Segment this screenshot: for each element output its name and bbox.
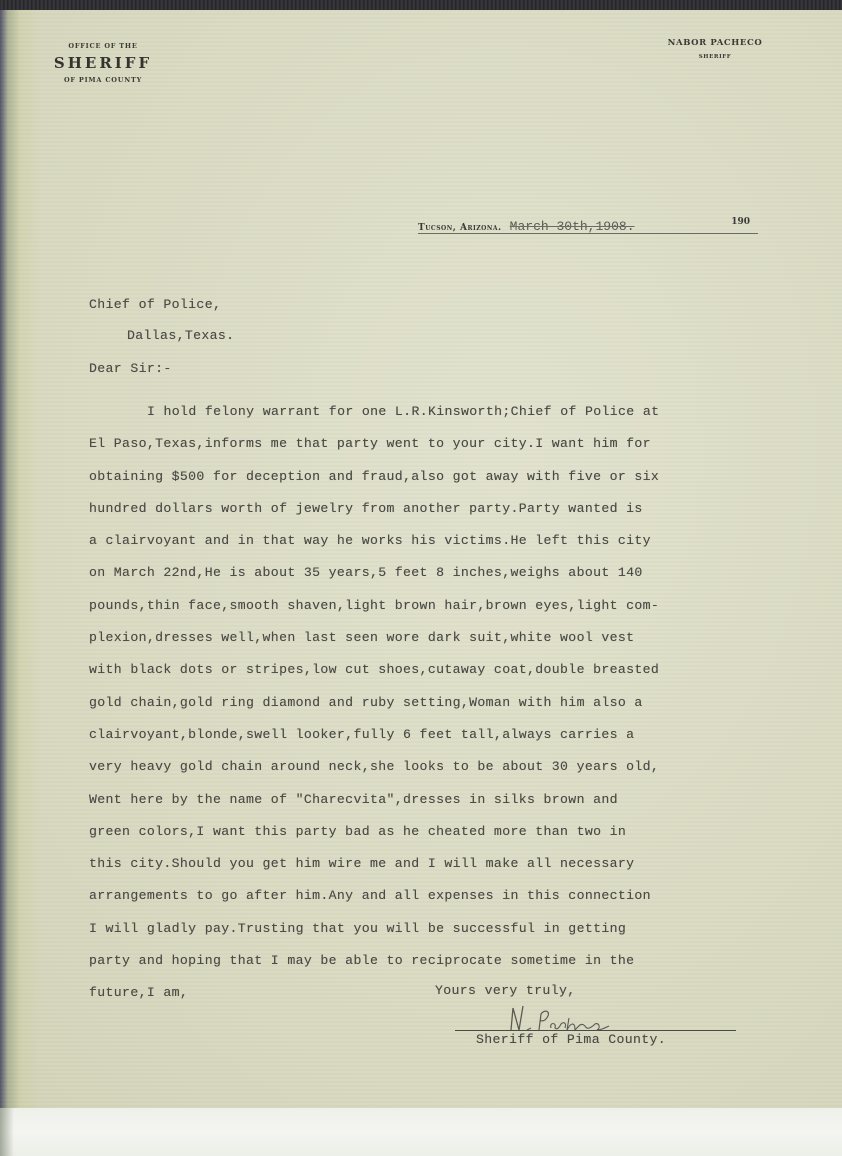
letterhead-office-line1: OFFICE OF THE	[28, 42, 178, 50]
body-line: arrangements to go after him.Any and all…	[89, 880, 659, 912]
addressee-location: Dallas,Texas.	[127, 328, 234, 343]
letterhead-county: OF PIMA COUNTY	[28, 76, 178, 84]
salutation: Dear Sir:-	[89, 361, 172, 376]
dateline-place: Tucson, Arizona.	[418, 223, 502, 233]
body-line: this city.Should you get him wire me and…	[89, 848, 659, 880]
letterhead-sheriff-name: NABOR PACHECO	[650, 38, 780, 48]
body-line: clairvoyant,blonde,swell looker,fully 6 …	[89, 719, 659, 751]
letterhead-sheriff-role: SHERIFF	[650, 54, 780, 60]
body-line: El Paso,Texas,informs me that party went…	[89, 428, 659, 460]
body-line: hundred dollars worth of jewelry from an…	[89, 493, 659, 525]
body-line: I will gladly pay.Trusting that you will…	[89, 913, 659, 945]
addressee-title: Chief of Police,	[89, 297, 221, 312]
body-line: with black dots or stripes,low cut shoes…	[89, 654, 659, 686]
body-line: pounds,thin face,smooth shaven,light bro…	[89, 590, 659, 622]
body-line: party and hoping that I may be able to r…	[89, 945, 659, 977]
body-line: green colors,I want this party bad as he…	[89, 816, 659, 848]
signature-line	[455, 1030, 736, 1031]
body-line: on March 22nd,He is about 35 years,5 fee…	[89, 557, 659, 589]
body-line: I hold felony warrant for one L.R.Kinswo…	[89, 396, 659, 428]
body-line: plexion,dresses well,when last seen wore…	[89, 622, 659, 654]
closing: Yours very truly,	[435, 983, 575, 998]
letterhead-office: OFFICE OF THE SHERIFF OF PIMA COUNTY	[28, 42, 178, 84]
body-line: gold chain,gold ring diamond and ruby se…	[89, 687, 659, 719]
body-line: obtaining $500 for deception and fraud,a…	[89, 461, 659, 493]
dateline-year-prefix: 190	[731, 217, 750, 227]
letterhead-sheriff-name-block: NABOR PACHECO SHERIFF	[650, 38, 780, 60]
body-line: a clairvoyant and in that way he works h…	[89, 525, 659, 557]
scan-bottom-edge	[0, 1108, 842, 1156]
body-line: Went here by the name of "Charecvita",dr…	[89, 784, 659, 816]
dateline-typed-date: March 30th,1908.	[510, 219, 635, 234]
dateline: Tucson, Arizona. March 30th,1908. 190	[418, 217, 758, 234]
letterhead-sheriff-title: SHERIFF	[28, 54, 178, 72]
signature-title: Sheriff of Pima County.	[476, 1032, 666, 1047]
letter-body: I hold felony warrant for one L.R.Kinswo…	[89, 396, 659, 1010]
body-line: very heavy gold chain around neck,she lo…	[89, 751, 659, 783]
scan-top-edge	[0, 0, 842, 10]
